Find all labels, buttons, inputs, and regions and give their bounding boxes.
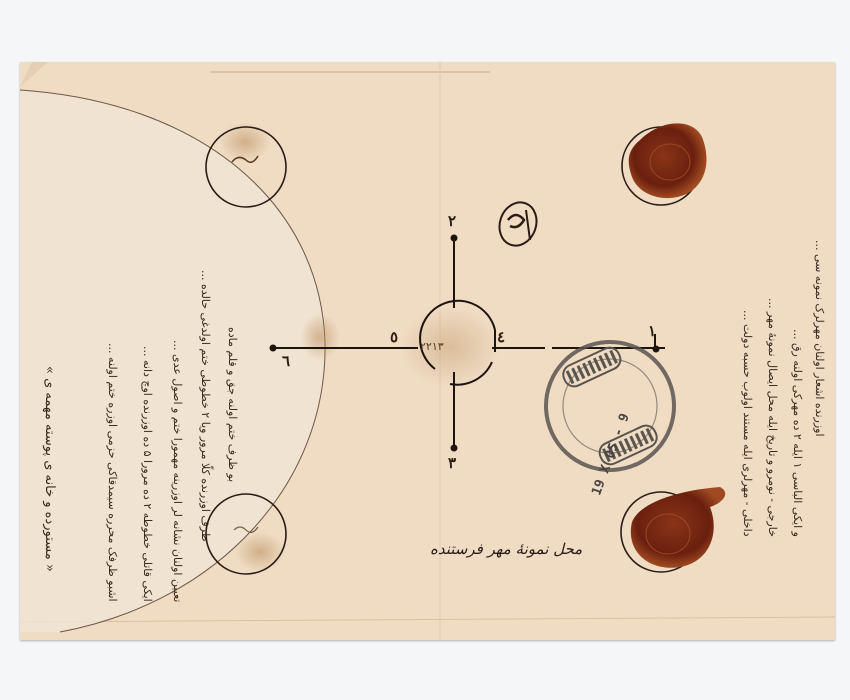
wax-seal-bottom-right: [631, 487, 725, 568]
left-heading: « مستورده و خانه ی پوسته مهمه ی »: [42, 292, 57, 572]
diagram-number-bottom: ٣: [448, 454, 456, 472]
wax-seal-top-right: [629, 123, 707, 198]
left-body-line-3: تعیین اولنان نشانه لر اوزرینه مهمورا ختم…: [170, 122, 185, 602]
envelope: ٢ ٣ ٥ ٦ ٤ ١ ٢٢١٣ 19 X 05 - 9 « مستورده و…: [20, 62, 835, 640]
diagram-number-top: ٢: [448, 212, 456, 230]
sender-seal-caption: محل نمونهٔ مهر فرستنده: [430, 540, 582, 558]
diagram-number-right-outer: ١: [648, 322, 656, 340]
right-body-line-2: خارجی - نومرو و تاریخ ایله محل ایصال نمو…: [765, 117, 780, 537]
diagram-number-right-inner: ٤: [497, 328, 505, 346]
left-body-line-5: بو ظرف ختم اولنه جق و قلم ماده: [225, 322, 240, 482]
right-body-line-1: داخلی - مهرلری ایله مستند اولوب حسبه دول…: [740, 117, 755, 537]
diagram-number-left-outer: ٦: [282, 352, 290, 370]
left-body-line-4: ظرف اوزرنده کلّا مرور ویا ۲ خطوطی ختم او…: [198, 182, 213, 542]
diagram-number-left-inner: ٥: [390, 328, 398, 346]
right-body-line-3: و ایکی الباسی ۱ ایله ۲ ده مهرکی اولنه رق…: [790, 117, 805, 537]
left-body-line-2: ایکی قاتلی خطوطه ۲ ده مرورا ۵ ده اوزرنده…: [140, 122, 155, 602]
right-body-line-4: اوزرنده اشعار اولنان مهرلرک نمونه سی ...: [812, 117, 827, 437]
center-handwriting: ٢٢١٣: [420, 340, 444, 353]
oval-seal-top-center: [494, 197, 543, 251]
left-body-line-1: اشبو ظرفک محرره سیمدقاکی حزمی اوزره ختم …: [105, 122, 120, 602]
